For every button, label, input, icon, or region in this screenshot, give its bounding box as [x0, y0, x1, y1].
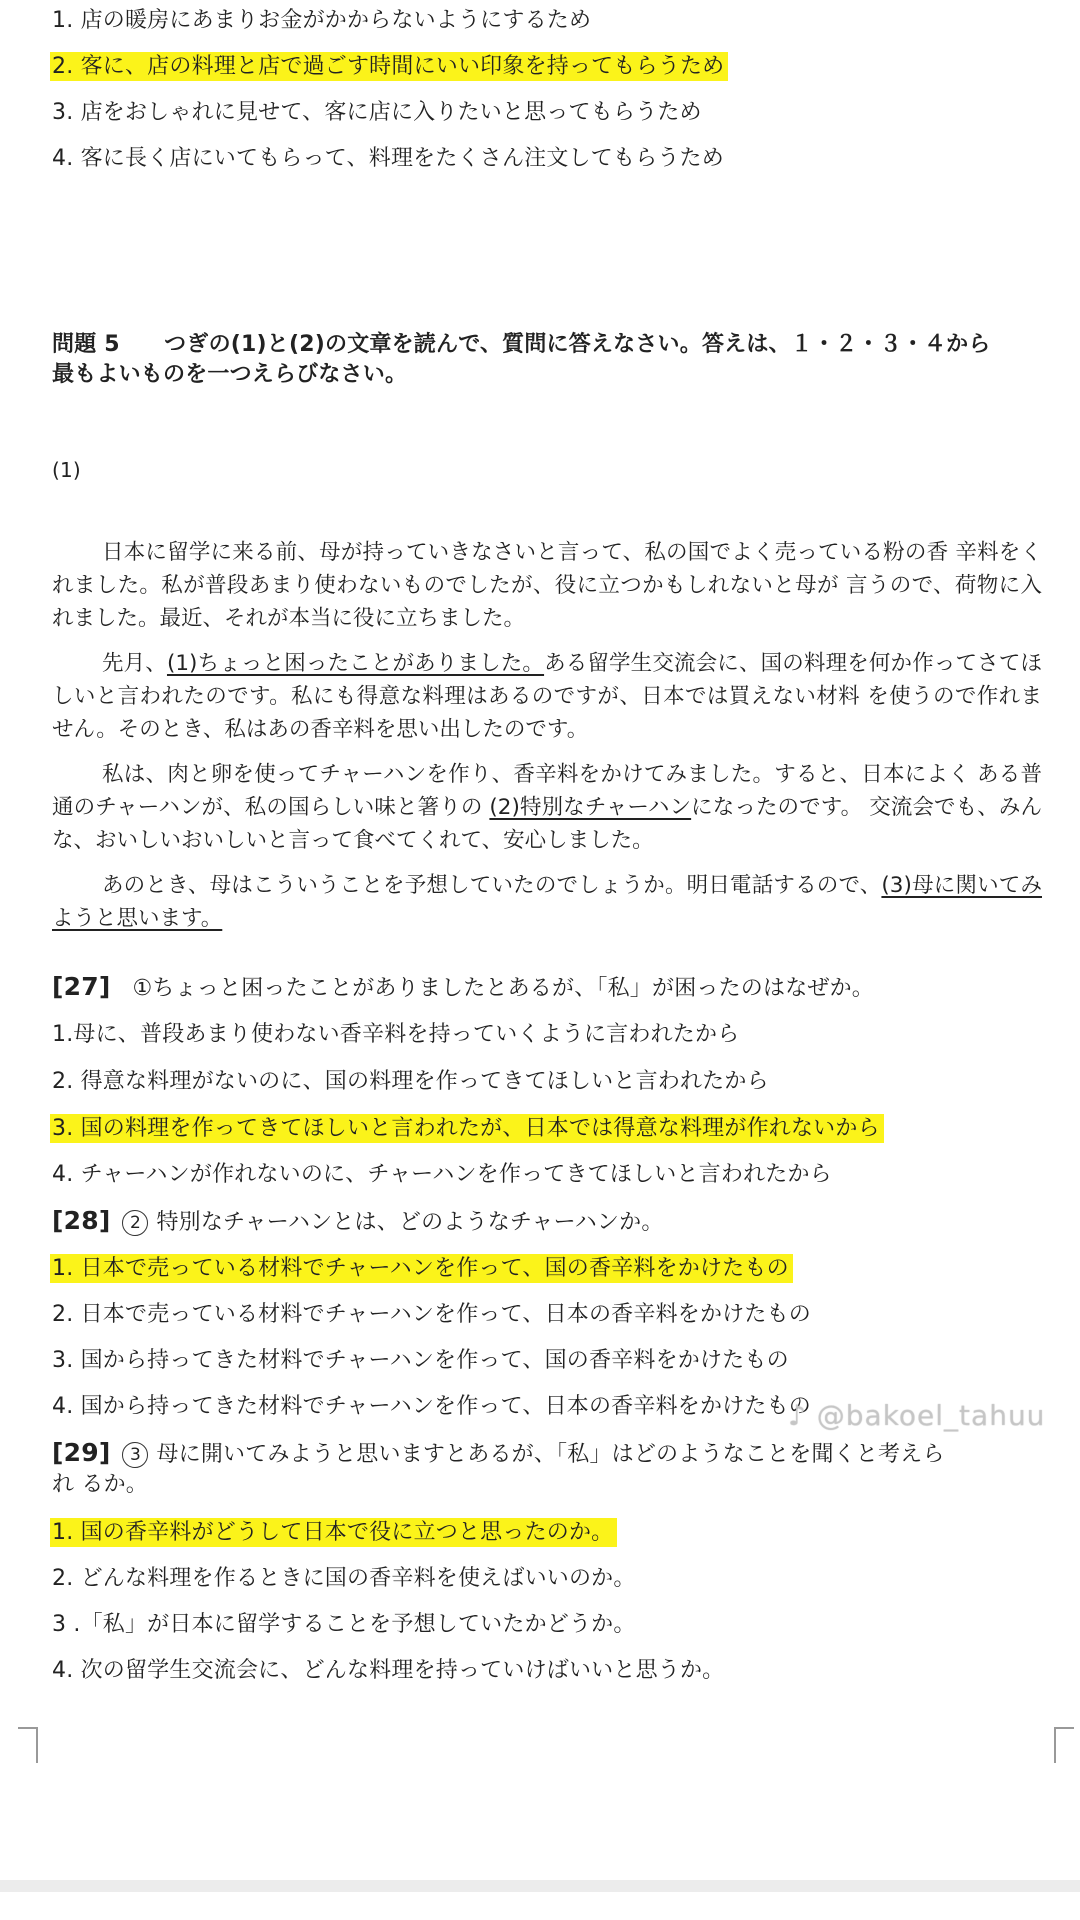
answer-highlight: 1. 日本で売っている材料でチャーハンを作って、国の香辛料をかけたもの: [50, 1254, 793, 1283]
answer-highlight: 2. 客に、店の料理と店で過ごす時間にいい印象を持ってもらうため: [50, 52, 728, 81]
question-number: [27]: [52, 972, 110, 1001]
circled-marker: ①: [132, 976, 152, 1001]
circled-number-2: 2: [122, 1210, 148, 1236]
question-29: [29]3母に開いてみようと思いますとあるが、「私」はどのようなことを聞くと考え…: [52, 1438, 945, 1470]
prev-option-4: 4. 客に長く店にいてもらって、料理をたくさん注文してもらうため: [52, 144, 724, 174]
q29-option-3: 3 .「私」が日本に留学することを予想していたかどうか。: [52, 1610, 636, 1640]
q29-option-2: 2. どんな料理を作るときに国の香辛料を使えばいいのか。: [52, 1564, 636, 1594]
section-heading-line2: 最もよいものを一つえらびなさい。: [52, 360, 407, 390]
page-corner-mark-right: [1054, 1727, 1074, 1763]
section-heading: 問題 5 つぎの(1)と(2)の文章を読んで、質問に答えなさい。答えは、１・２・…: [52, 330, 991, 360]
circled-number-3: 3: [122, 1442, 148, 1468]
page-corner-mark-left: [18, 1727, 38, 1763]
question-number: [28]: [52, 1206, 110, 1235]
answer-highlight: 1. 国の香辛料がどうして日本で役に立つと思ったのか。: [50, 1518, 617, 1547]
question-number: [29]: [52, 1438, 110, 1467]
passage-paragraph-1: 日本に留学に来る前、母が持っていきなさいと言って、私の国でよく売っている粉の香 …: [52, 536, 1042, 635]
question-29-line2: れ るか。: [52, 1470, 148, 1500]
q28-option-2: 2. 日本で売っている材料でチャーハンを作って、日本の香辛料をかけたもの: [52, 1300, 811, 1330]
passage-label: (1): [52, 455, 81, 485]
prev-option-3: 3. 店をおしゃれに見せて、客に店に入りたいと思ってもらうため: [52, 98, 702, 128]
watermark-tiktok-handle: ♪ @bakoel_tahuu: [788, 1399, 1045, 1432]
q27-option-4: 4. チャーハンが作れないのに、チャーハンを作ってきてほしいと言われたから: [52, 1160, 832, 1190]
underline-ref-1: (1)ちょっと困ったことがありました。: [167, 651, 544, 676]
q27-option-3-answer: 3. 国の料理を作ってきてほしいと言われたが、日本では得意な料理が作れないから: [52, 1114, 884, 1144]
passage-paragraph-3: 私は、肉と卵を使ってチャーハンを作り、香辛料をかけてみました。すると、日本によく…: [52, 758, 1042, 857]
page-separator: [0, 1880, 1080, 1892]
q28-option-1-answer: 1. 日本で売っている材料でチャーハンを作って、国の香辛料をかけたもの: [52, 1254, 793, 1284]
q29-option-1-answer: 1. 国の香辛料がどうして日本で役に立つと思ったのか。: [52, 1518, 617, 1548]
q29-option-4: 4. 次の留学生交流会に、どんな料理を持っていけばいいと思うか。: [52, 1656, 724, 1686]
q28-option-4: 4. 国から持ってきた材料でチャーハンを作って、日本の香辛料をかけたもの: [52, 1392, 811, 1422]
question-27: [27]①ちょっと困ったことがありましたとあるが、「私」が困ったのはなぜか。: [52, 972, 874, 1004]
q28-option-3: 3. 国から持ってきた材料でチャーハンを作って、国の香辛料をかけたもの: [52, 1346, 789, 1376]
q27-option-2: 2. 得意な料理がないのに、国の料理を作ってきてほしいと言われたから: [52, 1067, 769, 1097]
prev-option-2-answer: 2. 客に、店の料理と店で過ごす時間にいい印象を持ってもらうため: [52, 52, 728, 82]
answer-highlight: 3. 国の料理を作ってきてほしいと言われたが、日本では得意な料理が作れないから: [50, 1114, 884, 1143]
passage-paragraph-4: あのとき、母はこういうことを予想していたのでしょうか。明日電話するので、(3)母…: [52, 869, 1042, 935]
prev-option-1: 1. 店の暖房にあまりお金がかからないようにするため: [52, 6, 591, 36]
q27-option-1: 1.母に、普段あまり使わない香辛料を持っていくように言われたから: [52, 1020, 739, 1050]
passage-paragraph-2: 先月、(1)ちょっと困ったことがありました。ある留学生交流会に、国の料理を何か作…: [52, 647, 1042, 746]
underline-ref-2: (2)特別なチャーハン: [489, 795, 691, 820]
question-28: [28]2特別なチャーハンとは、どのようなチャーハンか。: [52, 1206, 664, 1238]
reading-passage: 日本に留学に来る前、母が持っていきなさいと言って、私の国でよく売っている粉の香 …: [52, 536, 1042, 935]
